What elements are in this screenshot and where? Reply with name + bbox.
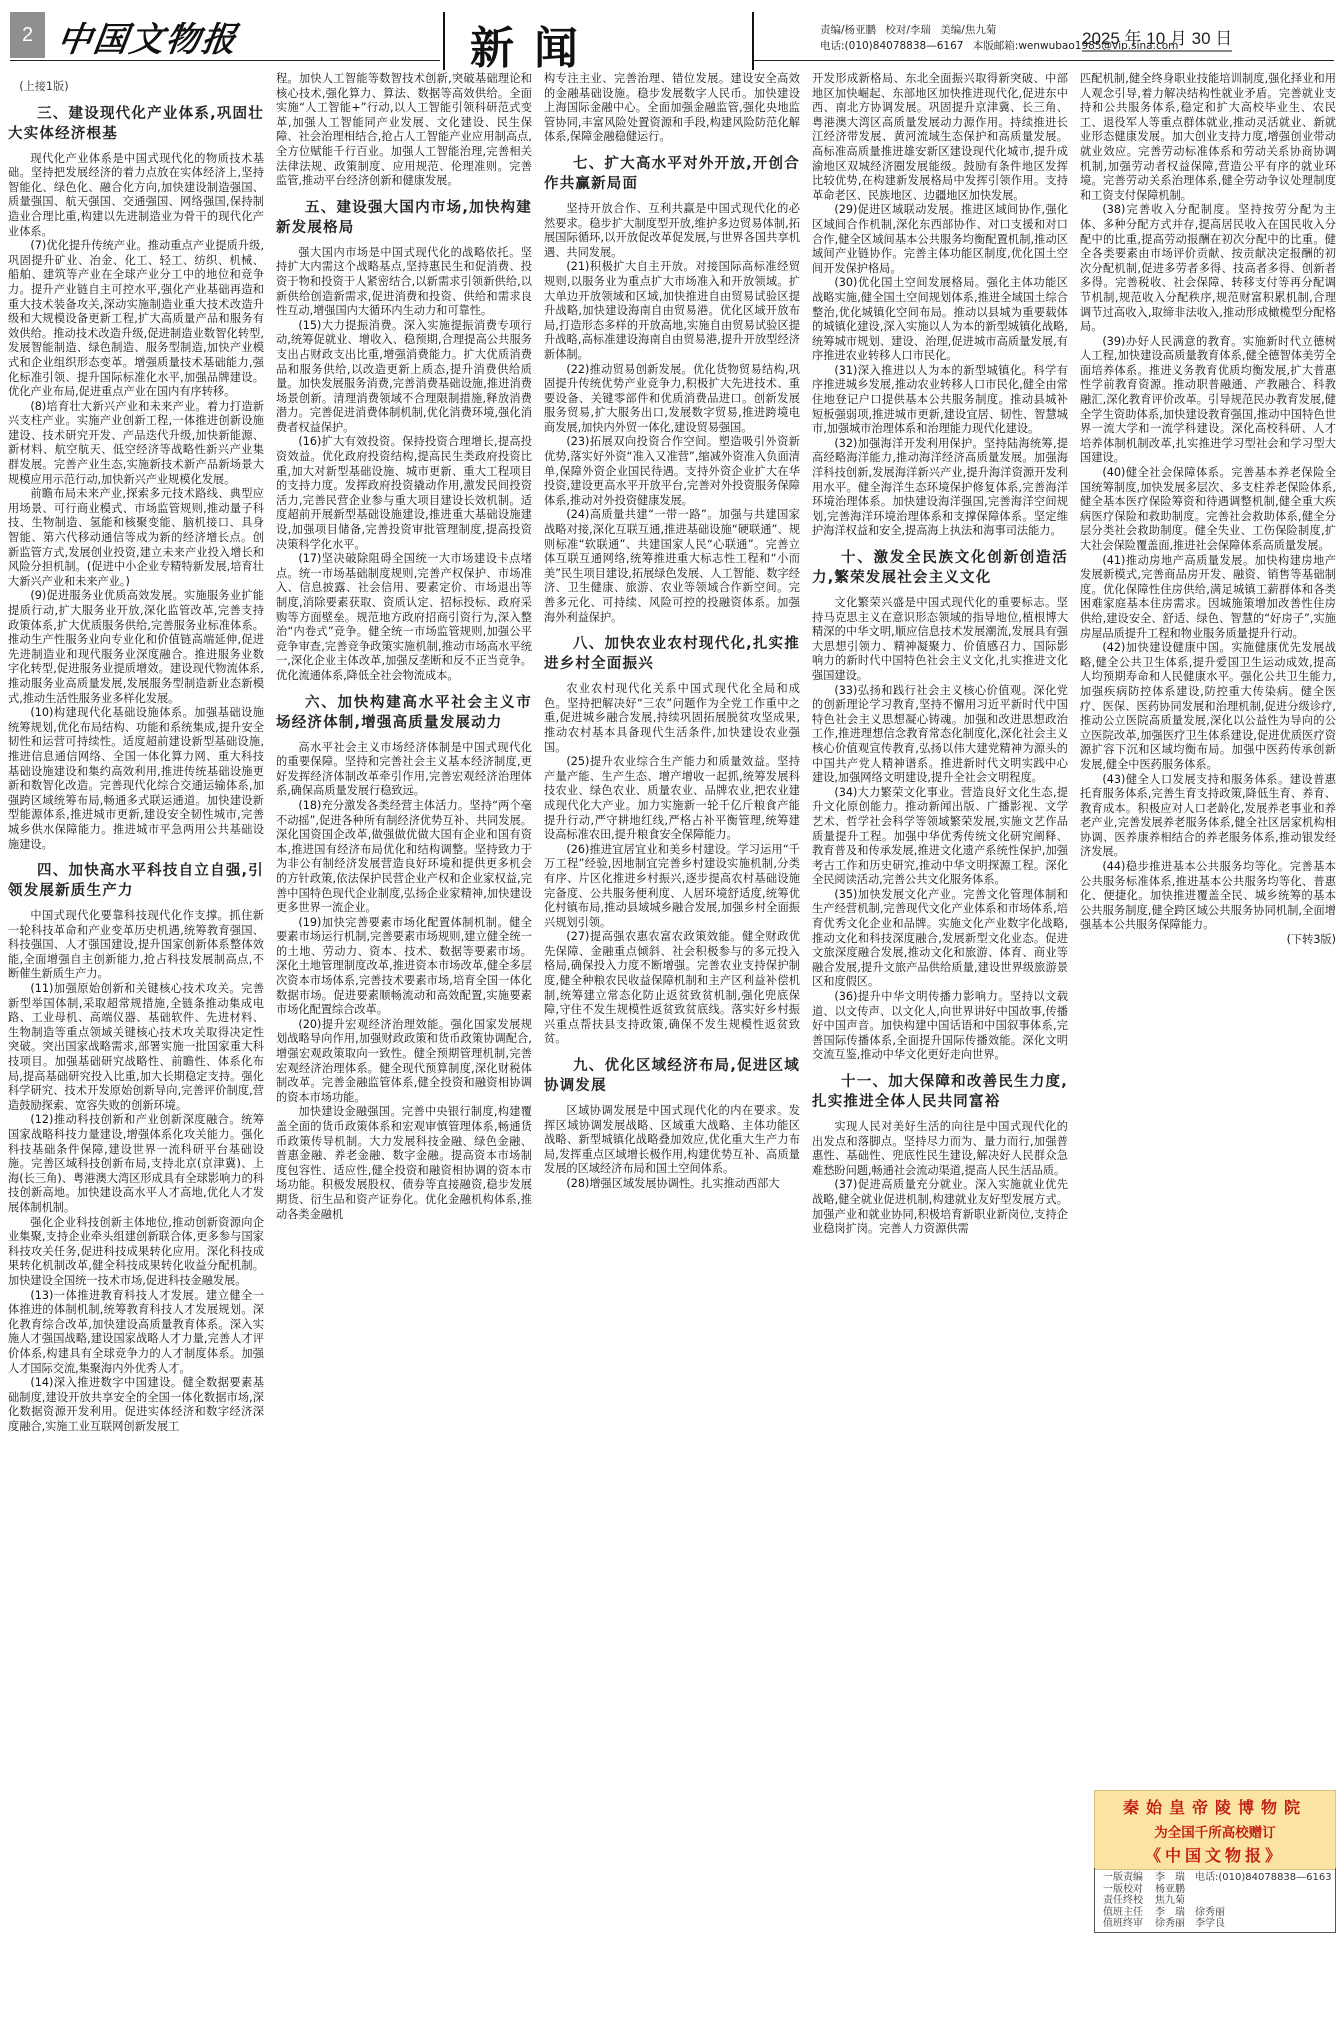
body-paragraph: (22)推动贸易创新发展。优化货物贸易结构,巩固提升传统优势产业竞争力,积极扩大… [544,363,800,436]
staff-name: 焦九菊 [1155,1895,1195,1907]
body-paragraph: (21)积极扩大自主开放。对接国际高标准经贸规则,以服务业为重点扩大市场准入和开… [544,260,800,362]
body-paragraph: (41)推动房地产高质量发展。加快构建房地产发展新模式,完善商品房开发、融资、销… [1080,554,1336,642]
art-editor: 美编/焦九菊 [940,24,996,36]
body-paragraph: (18)充分激发各类经营主体活力。坚持“两个毫不动摇”,促进各种所有制经济优势互… [276,799,532,916]
staff-extra: 电话:(010)84078838—6163 [1195,1872,1332,1884]
body-paragraph: (37)促进高质量充分就业。深入实施就业优先战略,健全就业促进机制,构建就业友好… [812,1178,1068,1236]
body-paragraph: (8)培育壮大新兴产业和未来产业。着力打造新兴支柱产业。实施产业创新工程,一体推… [8,400,264,488]
section-heading: 四、加快高水平科技自立自强,引领发展新质生产力 [8,861,264,901]
section-heading: 九、优化区域经济布局,促进区域协调发展 [544,1056,800,1096]
body-paragraph: (36)提升中华文明传播力影响力。坚持以文载道、以文传声、以文化人,向世界讲好中… [812,990,1068,1063]
staff-name: 李 瑞 [1155,1907,1195,1919]
body-paragraph: (11)加强原始创新和关键核心技术攻关。完善新型举国体制,采取超常规措施,全链条… [8,982,264,1113]
staff-role: 责任终校 [1103,1895,1155,1907]
section-divider-left [443,12,445,70]
body-paragraph: 加快建设金融强国。完善中央银行制度,构建覆盖全面的货币政策体系和宏观审慎管理体系… [276,1105,532,1222]
section-heading: 十、激发全民族文化创新创造活力,繁荣发展社会主义文化 [812,548,1068,588]
section-heading: 六、加快构建高水平社会主义市场经济体制,增强高质量发展动力 [276,693,532,733]
section-heading: 八、加快农业农村现代化,扎实推进乡村全面振兴 [544,634,800,674]
body-paragraph: (42)加快建设健康中国。实施健康优先发展战略,健全公共卫生体系,提升爱国卫生运… [1080,641,1336,772]
body-paragraph: 中国式现代化要靠科技现代化作支撑。抓住新一轮科技革命和产业变革历史机遇,统筹教育… [8,909,264,982]
ad-paper-title: 《中国文物报》 [1095,1843,1335,1866]
body-paragraph: (33)弘扬和践行社会主义核心价值观。深化党的创新理论学习教育,坚持不懈用习近平… [812,684,1068,786]
staff-row: 值班主任 李 瑞 徐秀丽 [1095,1907,1335,1919]
phone-number: 电话:(010)84078838—6167 [820,40,963,52]
chief-editor: 责编/杨亚鹏 [820,24,876,36]
body-paragraph: (26)推进宜居宜业和美乡村建设。学习运用“千万工程”经验,因地制宜完善乡村建设… [544,843,800,931]
section-divider-right [752,12,754,70]
body-paragraph: (40)健全社会保障体系。完善基本养老保险全国统筹制度,加快发展多层次、多支柱养… [1080,466,1336,554]
ad-museum-name: 秦始皇帝陵博物院 [1095,1795,1335,1818]
staff-role: 值班终审 [1103,1918,1155,1930]
body-paragraph: (32)加强海洋开发利用保护。坚持陆海统筹,提高经略海洋能力,推动海洋经济高质量… [812,437,1068,539]
body-paragraph: 构专注主业、完善治理、错位发展。建设安全高效的金融基础设施。稳步发展数字人民币。… [544,72,800,145]
staff-extra: 徐秀丽 [1195,1907,1225,1919]
masthead: 2 中国文物报 新闻 责编/杨亚鹏 校对/李瑞 美编/焦九菊 电话:(010)8… [0,0,1344,66]
body-paragraph: 区域协调发展是中国式现代化的内在要求。发挥区域协调发展战略、区域重大战略、主体功… [544,1104,800,1177]
body-paragraph: (43)健全人口发展支持和服务体系。建设普惠托育服务体系,完善生育支持政策,降低… [1080,773,1336,861]
body-paragraph: (7)优化提升传统产业。推动重点产业提质升级,巩固提升矿业、冶金、化工、轻工、纺… [8,239,264,400]
column-5: 匹配机制,健全终身职业技能培训制度,强化择业和用人观念引导,着力解决结构性就业矛… [1080,72,1336,2032]
proofreader: 校对/李瑞 [885,24,931,36]
continued-on-label: (下转3版) [1080,933,1336,948]
masthead-rule-left [10,60,440,61]
body-paragraph: (44)稳步推进基本公共服务均等化。完善基本公共服务标准体系,推进基本公共服务均… [1080,860,1336,933]
body-paragraph: 现代化产业体系是中国式现代化的物质技术基础。坚持把发展经济的着力点放在实体经济上… [8,152,264,240]
body-paragraph: (19)加快完善要素市场化配置体制机制。健全要素市场运行机制,完善要素市场规则,… [276,916,532,1018]
body-paragraph: (23)拓展双向投资合作空间。塑造吸引外资新优势,落实好外资“准入又准营”,缩减… [544,435,800,508]
publication-date: 2025 年 10 月 30 日 [1082,24,1232,52]
body-paragraph: 匹配机制,健全终身职业技能培训制度,强化择业和用人观念引导,着力解决结构性就业矛… [1080,72,1336,203]
body-paragraph: (25)提升农业综合生产能力和质量效益。坚持产量产能、生产生态、增产增收一起抓,… [544,755,800,843]
body-paragraph: (38)完善收入分配制度。坚持按劳分配为主体、多种分配方式并存,提高居民收入在国… [1080,203,1336,334]
staff-role: 一版校对 [1103,1884,1155,1896]
staff-extra: 李学良 [1195,1918,1225,1930]
body-paragraph: (13)一体推进教育科技人才发展。建立健全一体推进的体制机制,统筹教育科技人才发… [8,1289,264,1377]
newspaper-logo: 中国文物报 [55,12,242,61]
body-paragraph: 程。加快人工智能等数智技术创新,突破基础理论和核心技术,强化算力、算法、数据等高… [276,72,532,189]
staff-listing: 一版责编 李 瑞 电话:(010)84078838—6163 一版校对 杨亚鹏 … [1094,1868,1336,1933]
masthead-rule-right [754,60,1334,61]
staff-name: 杨亚鹏 [1155,1884,1195,1896]
body-paragraph: 强化企业科技创新主体地位,推动创新资源向企业集聚,支持企业牵头组建创新联合体,更… [8,1216,264,1289]
body-paragraph: (16)扩大有效投资。保持投资合理增长,提高投资效益。优化政府投资结构,提高民生… [276,435,532,552]
body-paragraph: (17)坚决破除阻碍全国统一大市场建设卡点堵点。统一市场基础制度规则,完善产权保… [276,552,532,683]
body-paragraph: 开发形成新格局、东北全面振兴取得新突破、中部地区加快崛起、东部地区加快推进现代化… [812,72,1068,203]
staff-role: 一版责编 [1103,1872,1155,1884]
body-paragraph: (15)大力提振消费。深入实施提振消费专项行动,统筹促就业、增收入、稳预期,合理… [276,319,532,436]
ad-subtitle: 为全国千所高校赠订 [1095,1821,1335,1841]
article-body: (上接1版)三、建设现代化产业体系,巩固壮大实体经济根基现代化产业体系是中国式现… [8,72,1338,2032]
staff-row: 一版校对 杨亚鹏 [1095,1884,1335,1896]
section-heading: 五、建设强大国内市场,加快构建新发展格局 [276,198,532,238]
body-paragraph: 前瞻布局未来产业,探索多元技术路线、典型应用场景、可行商业模式、市场监管规则,推… [8,487,264,589]
body-paragraph: (9)促进服务业优质高效发展。实施服务业扩能提质行动,扩大服务业开放,深化监管改… [8,589,264,706]
subscription-ad: 秦始皇帝陵博物院 为全国千所高校赠订 《中国文物报》 [1094,1790,1336,1870]
body-paragraph: (28)增强区域发展协调性。扎实推动西部大 [544,1177,800,1192]
body-paragraph: (10)构建现代化基础设施体系。加强基础设施统筹规划,优化布局结构、功能和系统集… [8,706,264,852]
body-paragraph: 强大国内市场是中国式现代化的战略依托。坚持扩大内需这个战略基点,坚持惠民生和促消… [276,246,532,319]
body-paragraph: (29)促进区域联动发展。推进区域间协作,强化区域间合作机制,深化东西部协作、对… [812,203,1068,276]
body-paragraph: (20)提升宏观经济治理效能。强化国家发展规划战略导向作用,加强财政政策和货币政… [276,1018,532,1106]
section-title: 新闻 [470,12,598,76]
column-4: 开发形成新格局、东北全面振兴取得新突破、中部地区加快崛起、东部地区加快推进现代化… [812,72,1068,2032]
body-paragraph: (30)优化国土空间发展格局。强化主体功能区战略实施,健全国土空间规划体系,推进… [812,276,1068,364]
staff-name: 徐秀丽 [1155,1918,1195,1930]
body-paragraph: (14)深入推进数字中国建设。健全数据要素基础制度,建设开放共享安全的全国一体化… [8,1376,264,1434]
continued-from-label: (上接1版) [8,80,264,95]
staff-row: 一版责编 李 瑞 电话:(010)84078838—6163 [1095,1872,1335,1884]
staff-name: 李 瑞 [1155,1872,1195,1884]
body-paragraph: (39)办好人民满意的教育。实施新时代立德树人工程,加快建设高质量教育体系,健全… [1080,335,1336,466]
column-1: (上接1版)三、建设现代化产业体系,巩固壮大实体经济根基现代化产业体系是中国式现… [8,72,264,2032]
column-3: 构专注主业、完善治理、错位发展。建设安全高效的金融基础设施。稳步发展数字人民币。… [544,72,800,2032]
staff-row: 值班终审 徐秀丽 李学良 [1095,1918,1335,1930]
body-paragraph: (31)深入推进以人为本的新型城镇化。科学有序推进城乡发展,推动农业转移人口市民… [812,364,1068,437]
section-heading: 七、扩大高水平对外开放,开创合作共赢新局面 [544,154,800,194]
page-number: 2 [10,12,45,58]
body-paragraph: 农业农村现代化关系中国式现代化全局和成色。坚持把解决好“三农”问题作为全党工作重… [544,682,800,755]
staff-role: 值班主任 [1103,1907,1155,1919]
section-heading: 十一、加大保障和改善民生力度,扎实推进全体人民共同富裕 [812,1072,1068,1112]
body-paragraph: 高水平社会主义市场经济体制是中国式现代化的重要保障。坚持和完善社会主义基本经济制… [276,741,532,799]
section-heading: 三、建设现代化产业体系,巩固壮大实体经济根基 [8,104,264,144]
body-paragraph: (12)推动科技创新和产业创新深度融合。统筹国家战略科技力量建设,增强体系化攻关… [8,1113,264,1215]
column-2: 程。加快人工智能等数智技术创新,突破基础理论和核心技术,强化算力、算法、数据等高… [276,72,532,2032]
body-paragraph: (35)加快发展文化产业。完善文化管理体制和生产经营机制,完善现代文化产业体系和… [812,888,1068,990]
body-paragraph: (34)大力繁荣文化事业。营造良好文化生态,提升文化原创能力。推动新闻出版、广播… [812,786,1068,888]
body-paragraph: 坚持开放合作、互利共赢是中国式现代化的必然要求。稳步扩大制度型开放,维护多边贸易… [544,202,800,260]
body-paragraph: 文化繁荣兴盛是中国式现代化的重要标志。坚持马克思主义在意识形态领域的指导地位,植… [812,596,1068,684]
body-paragraph: (24)高质量共建“一带一路”。加强与共建国家战略对接,深化互联互通,推进基础设… [544,508,800,625]
body-paragraph: 实现人民对美好生活的向往是中国式现代化的出发点和落脚点。坚持尽力而为、量力而行,… [812,1120,1068,1178]
staff-row: 责任终校 焦九菊 [1095,1895,1335,1907]
body-paragraph: (27)提高强农惠农富农政策效能。健全财政优先保障、金融重点倾斜、社会积极参与的… [544,930,800,1047]
